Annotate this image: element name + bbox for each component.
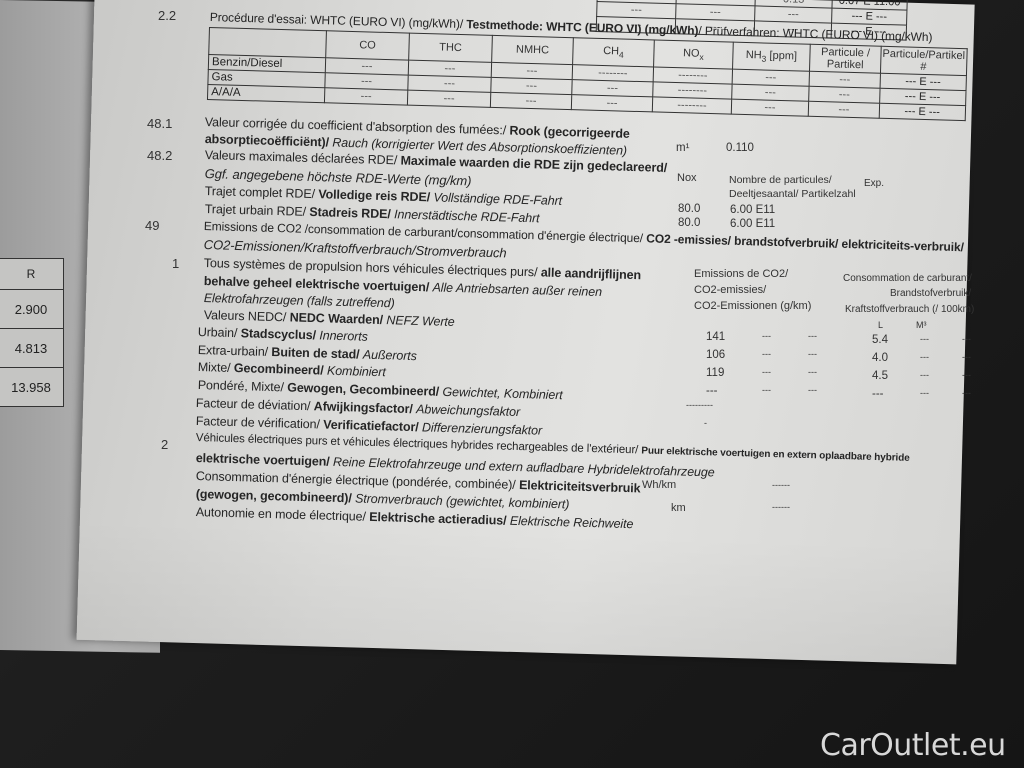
fuel-value: 5.4 xyxy=(872,334,888,346)
fuel-value: 4.5 xyxy=(872,370,888,382)
fuel-header: Consommation de carburant/ xyxy=(843,273,972,284)
co2-value: --- xyxy=(762,385,771,395)
fuel-value: --- xyxy=(962,334,971,344)
nox-header: Nox xyxy=(677,172,697,184)
rde-urban-nox: 80.0 xyxy=(678,217,700,229)
deviation-value: --------- xyxy=(686,400,713,410)
co2-value: --- xyxy=(808,385,817,395)
fuel-header: Brandstofverbruik/ xyxy=(890,288,971,299)
rde-complete-particles: 6.00 E11 xyxy=(730,204,775,216)
fuel-value: --- xyxy=(920,334,929,344)
fuel-value: --- xyxy=(962,370,971,380)
co2-value: 141 xyxy=(706,331,725,343)
co2-header: Emissions de CO2/ xyxy=(694,268,788,280)
range-unit: km xyxy=(671,502,686,514)
caroutlet-watermark: CarOutlet.eu xyxy=(820,728,1006,763)
section-number: 48.1 xyxy=(147,116,172,131)
section-1-line-3: Elektrofahrzeugen (falls zutreffend) xyxy=(204,291,395,310)
fuel-unit-m3: M³ xyxy=(916,320,927,330)
rde-complete-nox: 80.0 xyxy=(678,203,700,215)
exp-header: Exp. xyxy=(864,178,884,189)
fuel-value: --- xyxy=(962,388,971,398)
fuel-value: --- xyxy=(872,388,884,400)
range-value: ------ xyxy=(772,502,790,512)
consumption-value: ------ xyxy=(772,480,790,490)
co2-header: CO2-emissies/ xyxy=(694,284,766,296)
fuel-unit-l: L xyxy=(878,320,883,330)
absorption-value: 0.110 xyxy=(726,142,754,154)
co2-value: --- xyxy=(762,331,771,341)
co2-value: 119 xyxy=(706,367,724,379)
fuel-value: --- xyxy=(920,352,929,362)
fuel-value: --- xyxy=(920,370,929,380)
absorption-unit: m¹ xyxy=(676,142,689,154)
section-number: 48.2 xyxy=(147,148,172,163)
section-number: 1 xyxy=(172,256,179,271)
co2-value: --- xyxy=(808,349,817,359)
co2-value: --- xyxy=(762,367,771,377)
section-number: 49 xyxy=(145,218,159,233)
co2-value: --- xyxy=(808,367,817,377)
verification-value: - xyxy=(704,418,707,428)
fuel-value: --- xyxy=(920,388,929,398)
co2-value: 106 xyxy=(706,349,725,361)
fuel-value: 4.0 xyxy=(872,352,888,364)
fuel-value: --- xyxy=(962,352,971,362)
co2-value: --- xyxy=(706,385,718,397)
co2-value: --- xyxy=(808,331,817,341)
document-content: --- --- 0.13 0.07 E 11.00 --- --- --- --… xyxy=(0,0,1024,768)
section-number: 2 xyxy=(161,437,168,452)
section-number: 2.2 xyxy=(158,8,176,23)
consumption-unit: Wh/km xyxy=(642,479,676,491)
particles-header: Nombre de particules/ xyxy=(729,174,832,186)
co2-value: --- xyxy=(762,349,771,359)
particles-header-2: Deeltjesaantal/ Partikelzahl xyxy=(729,188,856,200)
nedc-row-label: Mixte/ Gecombineerd/ Kombiniert xyxy=(198,360,386,379)
fuel-header: Kraftstoffverbrauch (/ 100km) xyxy=(845,304,974,315)
nedc-row-label: Extra-urbain/ Buiten de stad/ Außerorts xyxy=(198,343,417,363)
nedc-row-label: Urbain/ Stadscyclus/ Innerorts xyxy=(198,325,368,344)
rde-urban-particles: 6.00 E11 xyxy=(730,218,775,230)
co2-header: CO2-Emissionen (g/km) xyxy=(694,300,811,312)
